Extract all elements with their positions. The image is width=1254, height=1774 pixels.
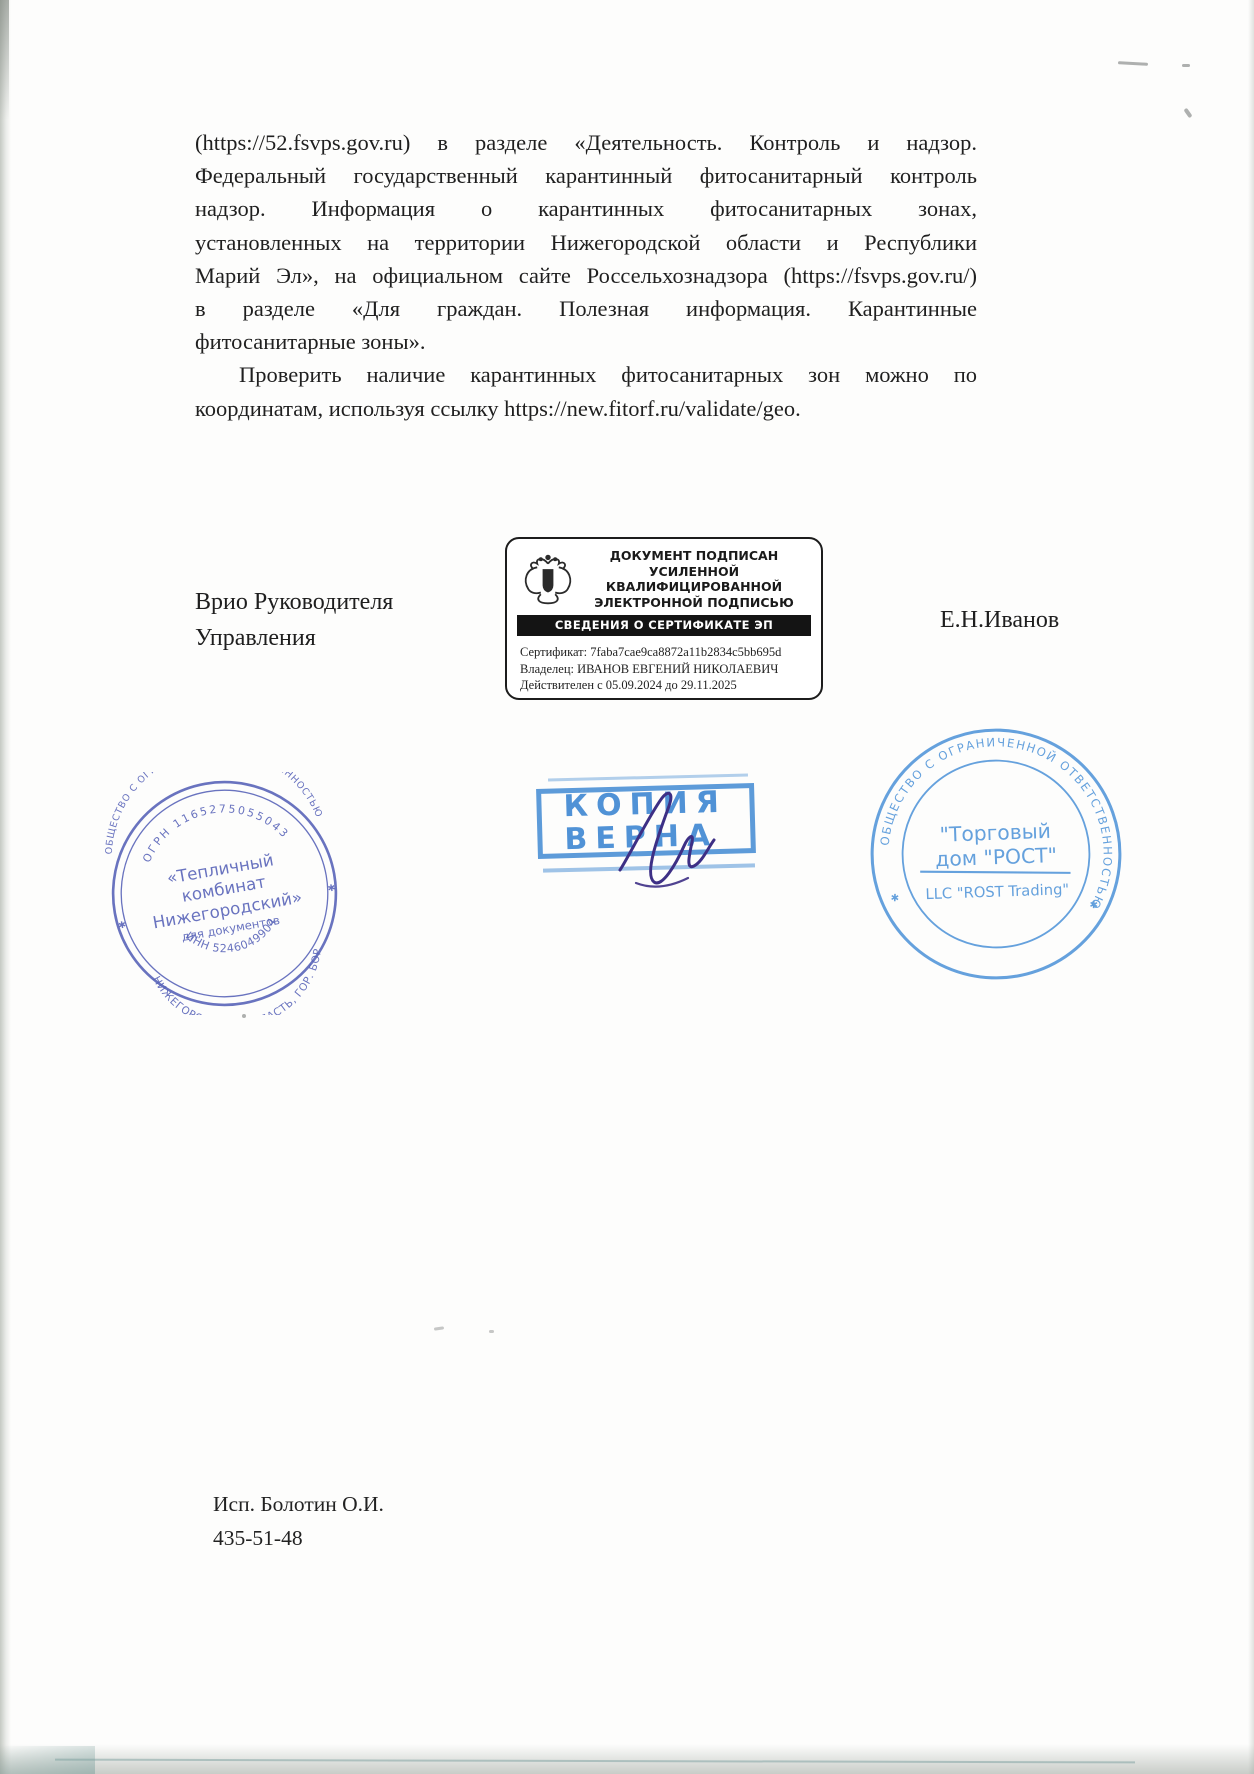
signer-title: Врио Руководителя Управления xyxy=(195,584,393,656)
esignature-caption-line: ДОКУМЕНТ ПОДПИСАН xyxy=(577,548,811,564)
certificate-info-bar: СВЕДЕНИЯ О СЕРТИФИКАТЕ ЭП xyxy=(517,615,811,636)
stamp-right-org-line: "Торговый xyxy=(939,819,1051,847)
body-line: Проверить наличие карантинных фитосанита… xyxy=(195,358,977,391)
executor-name: Исп. Болотин О.И. xyxy=(213,1487,384,1521)
body-line: координатам, используя ссылку https://ne… xyxy=(195,392,977,425)
coat-of-arms-eagle-icon xyxy=(519,552,577,606)
esignature-caption: ДОКУМЕНТ ПОДПИСАН УСИЛЕННОЙ КВАЛИФИЦИРОВ… xyxy=(577,548,811,610)
scan-edge-right xyxy=(1248,0,1254,1774)
body-line: Марий Эл», на официальном сайте Россельх… xyxy=(195,259,977,292)
scan-speck xyxy=(489,1330,494,1333)
signer-title-line: Врио Руководителя xyxy=(195,584,393,620)
signer-name: Е.Н.Иванов xyxy=(940,607,1059,634)
scan-corner-bottom-left xyxy=(0,1746,95,1774)
stamp-right-org-line: дом "РОСТ" xyxy=(935,843,1057,871)
stamp-right-org-line: LLC "ROST Trading" xyxy=(925,881,1069,903)
stamp-right-separator-icon: ✱ xyxy=(890,893,899,904)
esignature-caption-line: ЭЛЕКТРОННОЙ ПОДПИСЬЮ xyxy=(577,595,811,611)
scan-speck xyxy=(1183,108,1192,118)
scan-speck xyxy=(1118,61,1148,66)
scan-corner-top-left xyxy=(0,0,9,120)
executor-block: Исп. Болотин О.И. 435-51-48 xyxy=(213,1487,384,1555)
certificate-details: Сертификат: 7faba7cae9ca8872a11b2834c5bb… xyxy=(507,636,821,694)
esignature-stamp: ДОКУМЕНТ ПОДПИСАН УСИЛЕННОЙ КВАЛИФИЦИРОВ… xyxy=(505,537,823,700)
round-stamp-rost-trading: ОБЩЕСТВО С ОГРАНИЧЕННОЙ ОТВЕТСТВЕННОСТЬЮ… xyxy=(864,722,1128,986)
stamp-right-separator-icon: ✱ xyxy=(1089,900,1098,911)
handwritten-signature xyxy=(606,786,726,898)
certificate-validity: Действителен с 05.09.2024 до 29.11.2025 xyxy=(520,677,821,694)
body-line: Федеральный государственный карантинный … xyxy=(195,159,977,192)
body-line: в разделе «Для граждан. Полезная информа… xyxy=(195,292,977,325)
copy-stamp-ghost-line xyxy=(548,774,748,782)
certificate-number: Сертификат: 7faba7cae9ca8872a11b2834c5bb… xyxy=(520,644,821,661)
scanned-document-page: (https://52.fsvps.gov.ru) в разделе «Дея… xyxy=(0,0,1254,1774)
scan-speck xyxy=(1182,64,1190,67)
body-line: фитосанитарные зоны». xyxy=(195,325,977,358)
executor-phone: 435-51-48 xyxy=(213,1521,384,1555)
letter-body: (https://52.fsvps.gov.ru) в разделе «Дея… xyxy=(195,126,977,425)
esignature-caption-line: УСИЛЕННОЙ КВАЛИФИЦИРОВАННОЙ xyxy=(577,564,811,595)
certificate-owner: Владелец: ИВАНОВ ЕВГЕНИЙ НИКОЛАЕВИЧ xyxy=(520,661,821,678)
esignature-header-row: ДОКУМЕНТ ПОДПИСАН УСИЛЕННОЙ КВАЛИФИЦИРОВ… xyxy=(507,539,821,612)
scan-edge-left xyxy=(0,0,11,1774)
body-line: установленных на территории Нижегородско… xyxy=(195,226,977,259)
round-stamp-teplichny-kombinat: ОБЩЕСТВО С ОГРАНИЧЕННОЙ ОТВЕТСТВЕННОСТЬЮ… xyxy=(103,772,346,1015)
scan-speck xyxy=(434,1326,444,1330)
signer-title-line: Управления xyxy=(195,620,393,656)
body-line: надзор. Информация о карантинных фитосан… xyxy=(195,192,977,225)
body-line: (https://52.fsvps.gov.ru) в разделе «Дея… xyxy=(195,126,977,159)
